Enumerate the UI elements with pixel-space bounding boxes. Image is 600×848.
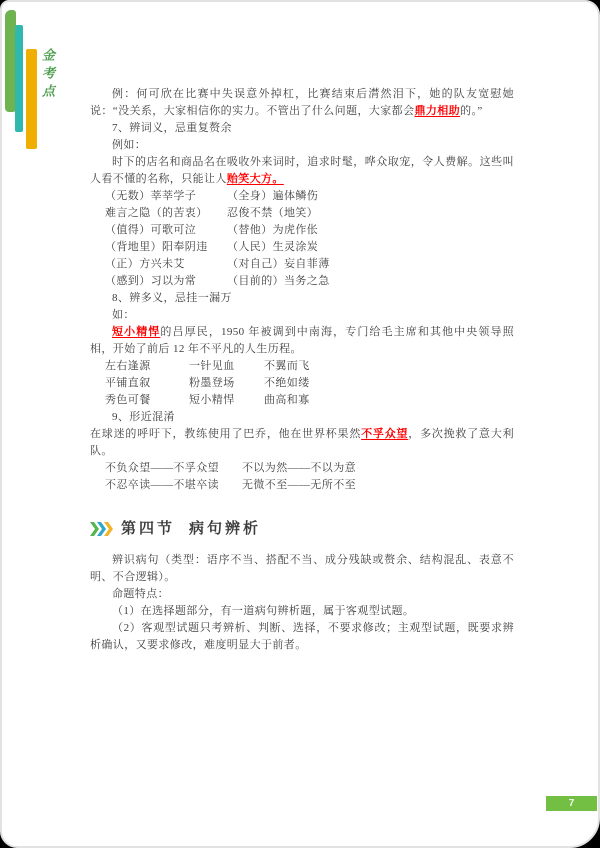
features-heading: 命题特点： [90, 586, 514, 603]
section-number: 第四节 [121, 520, 175, 537]
textbook-page: 金考点 例：何可欣在比赛中失误意外掉杠，比赛结束后潸然泪下，她的队友宽慰她说：“… [0, 0, 600, 848]
section-title: 病句辨析 [189, 520, 261, 537]
list-item: 不负众望——不孚众望 [105, 460, 242, 477]
list-item: （背地里）阳奉阴违 [105, 239, 227, 256]
list-row: 左右逢源 一针见血 不翼而飞 [105, 358, 514, 375]
list-item: 不以为然——不以为意 [242, 460, 356, 477]
list-item: 难言之隐（的苦衷） [105, 205, 227, 222]
list-item: 一针见血 [189, 358, 264, 375]
paragraph-example6: 例：何可欣在比赛中失误意外掉杠，比赛结束后潸然泪下，她的队友宽慰她说：“没关系，… [90, 86, 514, 120]
ambiguity-word-list: 左右逢源 一针见血 不翼而飞 平铺直叙 粉墨登场 不绝如缕 秀色可餐 短小精悍 … [90, 358, 514, 409]
list-item: （目前的）当务之急 [227, 273, 330, 290]
decor-bar-yellow [26, 49, 37, 149]
side-label: 金考点 [38, 48, 57, 102]
heading-item9: 9、形近混淆 [90, 409, 514, 426]
list-item: （感到）习以为常 [105, 273, 227, 290]
list-row: （感到）习以为常 （目前的）当务之急 [105, 273, 514, 290]
list-item: 短小精悍 [189, 392, 264, 409]
example-label: 例如： [90, 137, 514, 154]
list-row: （背地里）阳奉阴违 （人民）生灵涂炭 [105, 239, 514, 256]
list-row: （正）方兴未艾 （对自己）妄自菲薄 [105, 256, 514, 273]
list-item: （正）方兴未艾 [105, 256, 227, 273]
confusion-pair-list: 不负众望——不孚众望 不以为然——不以为意 不忍卒读——不堪卒读 无微不至——无… [90, 460, 514, 494]
list-row: 不忍卒读——不堪卒读 无微不至——无所不至 [105, 477, 514, 494]
list-item: 左右逢源 [105, 358, 189, 375]
list-item: 不忍卒读——不堪卒读 [105, 477, 242, 494]
list-item: 秀色可餐 [105, 392, 189, 409]
paragraph-feature2: （2）客观型试题只考辨析、判断、选择，不要求修改；主观型试题，既要求辨析确认，又… [90, 620, 514, 654]
redundancy-word-list: （无数）莘莘学子 （全身）遍体鳞伤 难言之隐（的苦衷） 忍俊不禁（地笑） （值得… [90, 188, 514, 290]
heading-item7: 7、辨词义，忌重复赘余 [90, 120, 514, 137]
list-item: 不翼而飞 [264, 358, 310, 375]
section-header: 第四节 病句辨析 [90, 520, 514, 537]
example-label: 如： [90, 307, 514, 324]
list-row: 不负众望——不孚众望 不以为然——不以为意 [105, 460, 514, 477]
heading-item8: 8、辨多义，忌挂一漏万 [90, 290, 514, 307]
list-row: 秀色可餐 短小精悍 曲高和寡 [105, 392, 514, 409]
list-item: （替他）为虎作伥 [227, 222, 318, 239]
list-row: 难言之隐（的苦衷） 忍俊不禁（地笑） [105, 205, 514, 222]
list-row: （值得）可歌可泣 （替他）为虎作伥 [105, 222, 514, 239]
paragraph-example9: 在球迷的呼吁下，教练使用了巴乔，他在世界杯果然不孚众望，多次挽救了意大利队。 [90, 426, 514, 460]
paragraph-feature1: （1）在选择题部分，有一道病句辨析题，属于客观型试题。 [90, 603, 514, 620]
page-content: 例：何可欣在比赛中失误意外掉杠，比赛结束后潸然泪下，她的队友宽慰她说：“没关系，… [90, 86, 514, 654]
list-item: （全身）遍体鳞伤 [227, 188, 318, 205]
list-item: （人民）生灵涂炭 [227, 239, 318, 256]
decor-bar-teal [15, 25, 23, 132]
page-number-badge: 7 [546, 796, 597, 811]
list-item: 粉墨登场 [189, 375, 264, 392]
list-item: （无数）莘莘学子 [105, 188, 227, 205]
triple-chevron-icon [90, 522, 114, 536]
list-item: 平铺直叙 [105, 375, 189, 392]
list-item: （对自己）妄自菲薄 [227, 256, 330, 273]
list-item: （值得）可歌可泣 [105, 222, 227, 239]
list-item: 忍俊不禁（地笑） [227, 205, 318, 222]
list-item: 曲高和寡 [264, 392, 310, 409]
list-item: 无微不至——无所不至 [242, 477, 356, 494]
list-row: 平铺直叙 粉墨登场 不绝如缕 [105, 375, 514, 392]
list-row: （无数）莘莘学子 （全身）遍体鳞伤 [105, 188, 514, 205]
paragraph-example7: 时下的店名和商品名在吸收外来词时，追求时髦，哗众取宠，令人费解。这些叫人看不懂的… [90, 154, 514, 188]
paragraph-intro: 辨识病句（类型：语序不当、搭配不当、成分残缺或赘余、结构混乱、表意不明、不合逻辑… [90, 552, 514, 586]
list-item: 不绝如缕 [264, 375, 310, 392]
paragraph-example8: 短小精悍的吕厚民，1950 年被调到中南海，专门给毛主席和其他中央领导照相，开始… [90, 324, 514, 358]
